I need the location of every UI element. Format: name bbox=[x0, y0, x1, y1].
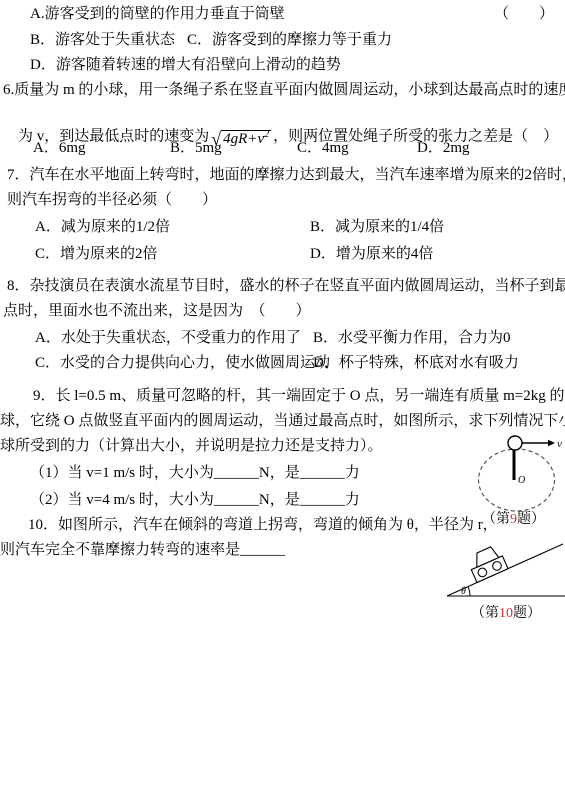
physics-exam-page: A.游客受到的筒壁的作用力垂直于筒壁 （ ） B．游客处于失重状态 C．游客受到… bbox=[0, 0, 565, 800]
q9-stem-line3: 球所受到的力（计算出大小，并说明是拉力还是支持力）。 bbox=[0, 436, 383, 456]
q9-stem-line1: 9．长 l=0.5 m、质量可忽略的杆，其一端固定于 O 点，另一端连有质量 m… bbox=[33, 386, 565, 406]
q7-option-c: C．增为原来的2倍 bbox=[35, 244, 158, 264]
angle-label: θ bbox=[461, 586, 466, 597]
q6-stem-line1: 6.质量为 m 的小球，用一条绳子系在竖直平面内做圆周运动，小球到达最高点时的速… bbox=[3, 80, 565, 100]
formula-exponent: 2 bbox=[264, 129, 269, 140]
q7-stem-line2: 则汽车拐弯的半径必须（ ） bbox=[7, 190, 217, 210]
q6-option-d: D．2mg bbox=[417, 138, 470, 158]
q7-option-b: B．减为原来的1/4倍 bbox=[310, 217, 444, 237]
figure-q10-banked-curve-diagram: θ bbox=[440, 532, 565, 604]
q8-option-a: A．水处于失重状态，不受重力的作用了 bbox=[35, 328, 301, 348]
q8-option-b: B．水受平衡力作用，合力为0 bbox=[313, 328, 511, 348]
center-point-label: O bbox=[518, 475, 525, 486]
q7-option-a: A．减为原来的1/2倍 bbox=[35, 217, 170, 237]
q7-option-d: D．增为原来的4倍 bbox=[310, 244, 433, 264]
formula-radicand: 4gR+v bbox=[223, 131, 264, 147]
q5-option-a: A.游客受到的筒壁的作用力垂直于筒壁 bbox=[30, 4, 285, 24]
angle-arc bbox=[468, 587, 470, 596]
q5-answer-bracket: （ ） bbox=[494, 4, 554, 24]
figure-q10-caption: （第10题） bbox=[471, 602, 541, 622]
q5-option-c: C．游客受到的摩擦力等于重力 bbox=[187, 30, 392, 50]
caption-prefix: （第 bbox=[471, 606, 499, 621]
q9-blank-line2: （2）当 v=4 m/s 时，大小为______N，是______力 bbox=[30, 490, 360, 510]
velocity-label: v bbox=[557, 438, 562, 450]
q10-stem-line1: 10．如图所示，汽车在倾斜的弯道上拐弯，弯道的倾角为 θ，半径为 r， bbox=[28, 515, 498, 535]
q6-option-c: C．4mg bbox=[297, 138, 349, 158]
ball bbox=[508, 436, 522, 450]
q10-stem-line2: 则汽车完全不靠摩擦力转弯的速率是______ bbox=[0, 540, 285, 560]
caption-number: 9 bbox=[510, 512, 517, 527]
caption-number: 10 bbox=[499, 606, 513, 621]
caption-suffix: 题） bbox=[517, 512, 545, 527]
q8-option-c: C．水受的合力提供向心力，使水做圆周运动 bbox=[35, 353, 330, 373]
q9-stem-line2: 球，它绕 O 点做竖直平面内的圆周运动，当通过最高点时，如图所示，求下列情况下小 bbox=[0, 411, 565, 431]
circular-path-dashed bbox=[479, 449, 555, 511]
q5-option-b: B．游客处于失重状态 bbox=[30, 30, 175, 50]
figure-q9-rod-ball-diagram: O v bbox=[468, 430, 565, 514]
q8-stem-line1: 8．杂技演员在表演水流星节目时，盛水的杯子在竖直平面内做圆周运动，当杯子到最高 bbox=[7, 276, 565, 296]
q6-stem-line2: 为 v，到达最低点时的速变为√4gR+v2，则两位置处绳子所受的张力之差是（ ） bbox=[3, 105, 558, 169]
caption-suffix: 题） bbox=[513, 606, 541, 621]
q9-blank-line1: （1）当 v=1 m/s 时，大小为______N，是______力 bbox=[30, 463, 360, 483]
q6-option-a: A．6mg bbox=[33, 138, 86, 158]
q7-stem-line1: 7．汽车在水平地面上转弯时，地面的摩擦力达到最大，当汽车速率增为原来的2倍时， bbox=[7, 165, 565, 185]
car bbox=[466, 544, 508, 582]
velocity-arrowhead bbox=[548, 440, 555, 446]
q5-option-d: D．游客随着转速的增大有沿壁向上滑动的趋势 bbox=[30, 55, 341, 75]
q8-stem-line2: 点时，里面水也不流出来，这是因为 （ ） bbox=[3, 301, 311, 321]
q8-option-d: D．杯子特殊，杯底对水有吸力 bbox=[313, 353, 519, 373]
q6-option-b: B．5mg bbox=[170, 138, 222, 158]
